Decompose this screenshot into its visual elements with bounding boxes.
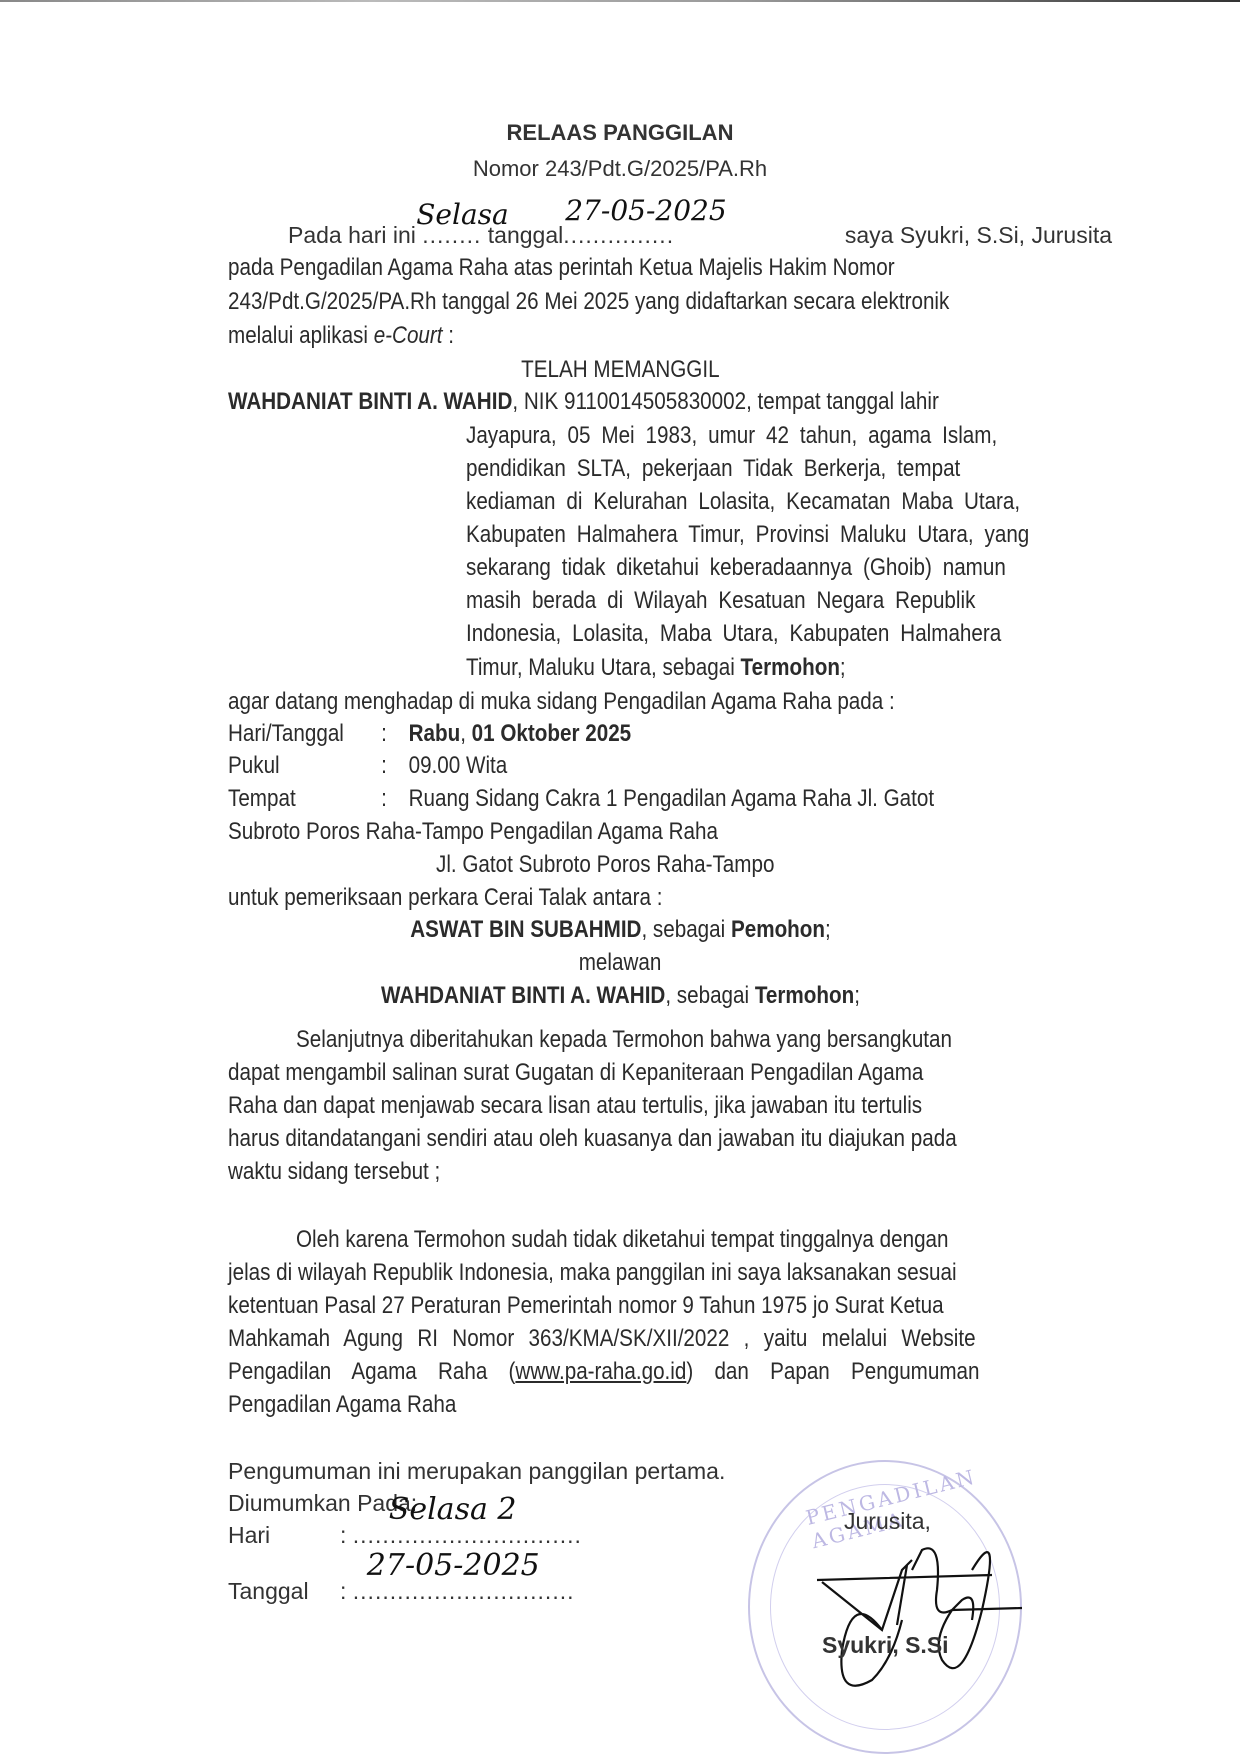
paragraph-notice-line: Raha dan dapat menjawab secara lisan ata… bbox=[228, 1092, 922, 1120]
paragraph-notice-line: harus ditandatangani sendiri atau oleh k… bbox=[228, 1125, 957, 1153]
announcement-line-1: Pengumuman ini merupakan panggilan perta… bbox=[228, 1458, 725, 1485]
paragraph-basis-line-5: Pengadilan Agama Raha (www.pa-raha.go.id… bbox=[228, 1358, 980, 1386]
case-versus: melawan bbox=[0, 949, 1240, 977]
paragraph-basis-line: ketentuan Pasal 27 Peraturan Pemerintah … bbox=[228, 1292, 944, 1320]
ecourt-text: e-Court bbox=[374, 322, 443, 349]
hearing-row-date: Hari/Tanggal:Rabu, 01 Oktober 2025 bbox=[228, 720, 631, 748]
signature-name: Syukri, S.Si bbox=[822, 1632, 949, 1659]
intro-day-field: ........ Selasa bbox=[422, 222, 481, 249]
summoned-heading: TELAH MEMANGGIL bbox=[0, 356, 1240, 384]
handwritten-day: Selasa bbox=[416, 198, 508, 231]
intro-suffix: saya Syukri, S.Si, Jurusita bbox=[845, 222, 1112, 249]
announcement-day: Hari: ............................... Se… bbox=[228, 1522, 582, 1549]
respondent-last-line: Timur, Maluku Utara, sebagai Termohon; bbox=[466, 654, 846, 682]
respondent-detail-line: masih berada di Wilayah Kesatuan Negara … bbox=[466, 587, 996, 615]
paragraph-notice-line: dapat mengambil salinan surat Gugatan di… bbox=[228, 1059, 923, 1087]
respondent-detail-line: Kabupaten Halmahera Timur, Provinsi Malu… bbox=[466, 521, 996, 549]
paragraph-basis-line-6: Pengadilan Agama Raha bbox=[228, 1391, 456, 1419]
document-number: Nomor 243/Pdt.G/2025/PA.Rh bbox=[0, 156, 1240, 182]
intro-line-4: melalui aplikasi e-Court : bbox=[228, 322, 454, 350]
hearing-place-cont-2: Jl. Gatot Subroto Poros Raha-Tampo bbox=[436, 851, 774, 879]
intro-date-field: ............... 27-05-2025 bbox=[563, 222, 674, 249]
respondent-detail-line: Indonesia, Lolasita, Maba Utara, Kabupat… bbox=[466, 620, 996, 648]
hearing-intro: agar datang menghadap di muka sidang Pen… bbox=[228, 688, 895, 716]
paragraph-notice-line: waktu sidang tersebut ; bbox=[228, 1158, 440, 1186]
hearing-row-place: Tempat:Ruang Sidang Cakra 1 Pengadilan A… bbox=[228, 785, 934, 813]
case-intro: untuk pemeriksaan perkara Cerai Talak an… bbox=[228, 884, 662, 912]
respondent-detail-line: Jayapura, 05 Mei 1983, umur 42 tahun, ag… bbox=[466, 422, 996, 450]
case-respondent: WAHDANIAT BINTI A. WAHID, sebagai Termoh… bbox=[0, 982, 1240, 1010]
paragraph-notice-line: Selanjutnya diberitahukan kepada Termoho… bbox=[296, 1026, 952, 1054]
paragraph-basis-line: Oleh karena Termohon sudah tidak diketah… bbox=[296, 1226, 949, 1254]
paragraph-basis-line: Mahkamah Agung RI Nomor 363/KMA/SK/XII/2… bbox=[228, 1325, 976, 1353]
scan-top-edge bbox=[0, 0, 1240, 2]
intro-line-1: Pada hari ini ........ Selasa tanggal ..… bbox=[288, 222, 1112, 249]
intro-line-3: 243/Pdt.G/2025/PA.Rh tanggal 26 Mei 2025… bbox=[228, 288, 949, 316]
signature-scribble-icon bbox=[812, 1530, 1022, 1710]
case-petitioner: ASWAT BIN SUBAHMID, sebagai Pemohon; bbox=[0, 916, 1240, 944]
respondent-detail-line: pendidikan SLTA, pekerjaan Tidak Berkerj… bbox=[466, 455, 996, 483]
announcement-date: Tanggal: .............................. … bbox=[228, 1578, 575, 1605]
document-title: RELAAS PANGGILAN bbox=[0, 120, 1240, 146]
paragraph-basis-line: jelas di wilayah Republik Indonesia, mak… bbox=[228, 1259, 957, 1287]
intro-prefix: Pada hari ini bbox=[288, 222, 416, 249]
handwritten-announce-day: Selasa 2 bbox=[389, 1492, 517, 1527]
website-link[interactable]: www.pa-raha.go.id bbox=[515, 1358, 686, 1385]
hearing-place-cont: Subroto Poros Raha-Tampo Pengadilan Agam… bbox=[228, 818, 718, 846]
handwritten-date: 27-05-2025 bbox=[565, 194, 726, 227]
respondent-detail-line: kediaman di Kelurahan Lolasita, Kecamata… bbox=[466, 488, 996, 516]
case-respondent-name: WAHDANIAT BINTI A. WAHID bbox=[381, 982, 665, 1009]
petitioner-name: ASWAT BIN SUBAHMID bbox=[410, 916, 641, 943]
respondent-detail-line: sekarang tidak diketahui keberadaannya (… bbox=[466, 554, 996, 582]
intro-line-2: pada Pengadilan Agama Raha atas perintah… bbox=[228, 254, 1112, 282]
hearing-row-time: Pukul:09.00 Wita bbox=[228, 752, 507, 780]
respondent-name: WAHDANIAT BINTI A. WAHID bbox=[228, 388, 512, 415]
handwritten-announce-date: 27-05-2025 bbox=[367, 1548, 540, 1583]
respondent-line-1: WAHDANIAT BINTI A. WAHID, NIK 9110014505… bbox=[228, 388, 939, 416]
